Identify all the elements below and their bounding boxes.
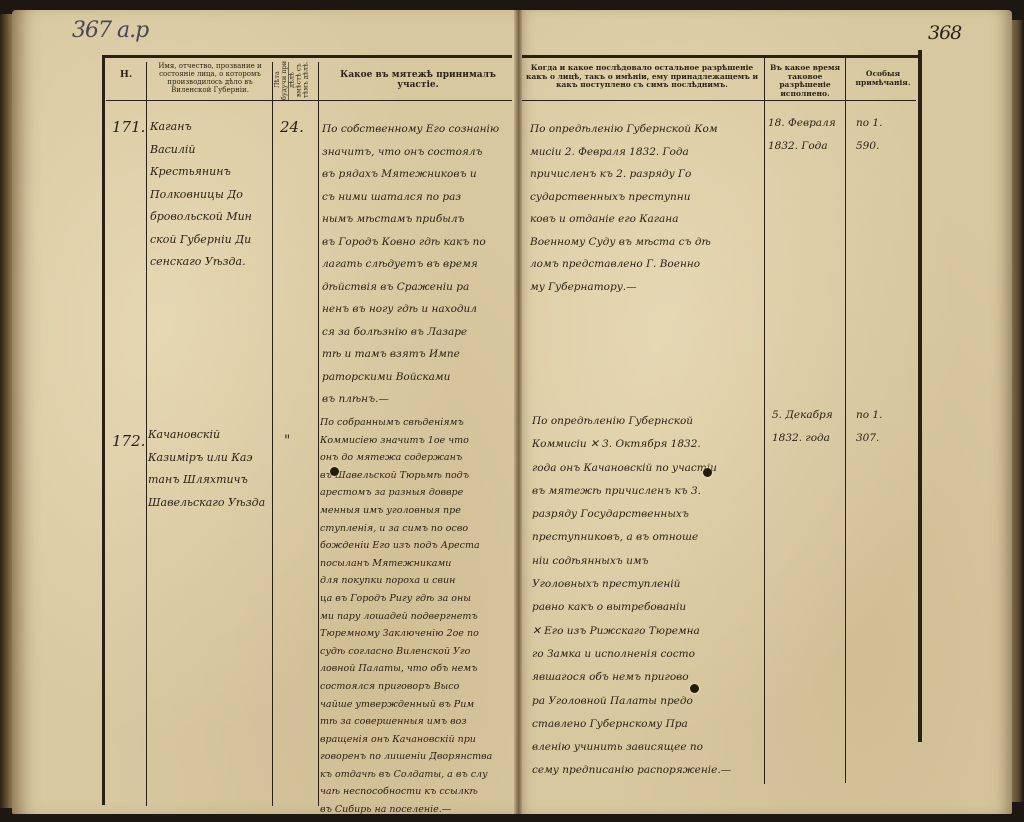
row-171-executed: 18. Февраля 1832. Года — [768, 112, 846, 157]
folio-number-left: 367 a.p — [72, 18, 148, 43]
row-171-resolution: По опредѣленiю Губернской Ком мисiи 2. Ф… — [530, 118, 762, 298]
row-171-notes: по 1. 590. — [856, 112, 916, 157]
header-resolution: Когда и какое послѣдовало остальное разр… — [522, 64, 762, 90]
header-executed: Въ какое время таковое разрѣшенiе исполн… — [766, 64, 844, 99]
row-172-name: Качановскiй Казимiръ или Каэ танъ Шляхти… — [148, 424, 270, 514]
row-172-number: 172. — [112, 430, 145, 453]
row-171-age: 24. — [280, 116, 304, 139]
col-divider-age — [318, 62, 319, 806]
left-border-rule — [102, 55, 105, 805]
header-top-rule-right — [522, 55, 918, 58]
header-bottom-rule-left — [106, 100, 512, 101]
row-171-number: 171. — [112, 116, 145, 139]
paper-hole — [690, 684, 699, 693]
row-171-name: Каганъ Василiй Крестьянинъ Полковницы До… — [150, 116, 270, 274]
col-divider-number — [146, 62, 147, 806]
paper-hole — [330, 467, 339, 476]
header-participation: Какое въ мятежѣ принималъ участiе. — [322, 70, 514, 91]
row-172-executed: 5. Декабря 1832. года — [772, 404, 848, 449]
header-name: Имя, отчество, прозвание и состоянiе лиц… — [150, 62, 270, 94]
folio-number-right: 368 — [928, 22, 961, 44]
col-divider-resolution — [764, 58, 765, 784]
row-172-age: " — [284, 430, 290, 453]
row-171-participation: По собственному Его сознанiю значитъ, чт… — [322, 118, 516, 411]
row-172-notes: по 1. 307. — [856, 404, 916, 449]
right-border-rule — [918, 50, 922, 742]
paper-hole — [703, 468, 712, 477]
row-172-participation: По собраннымъ свѣденiямъ Коммисiею значи… — [320, 414, 516, 819]
header-bottom-rule-right — [522, 100, 916, 101]
row-172-resolution: По опредѣленiю Губернской Коммисiи ✕ 3. … — [532, 410, 764, 783]
col-divider-name — [272, 62, 273, 806]
book-right-edge — [1010, 20, 1024, 802]
header-notes: Особыя примѣчанiя. — [848, 70, 918, 87]
header-top-rule-left — [104, 55, 512, 58]
header-number: Н. — [106, 70, 146, 81]
header-age: Лѣта будучи при дѣлѣ вмѣстѣ съ тѣмъ дѣлѣ… — [274, 60, 318, 100]
